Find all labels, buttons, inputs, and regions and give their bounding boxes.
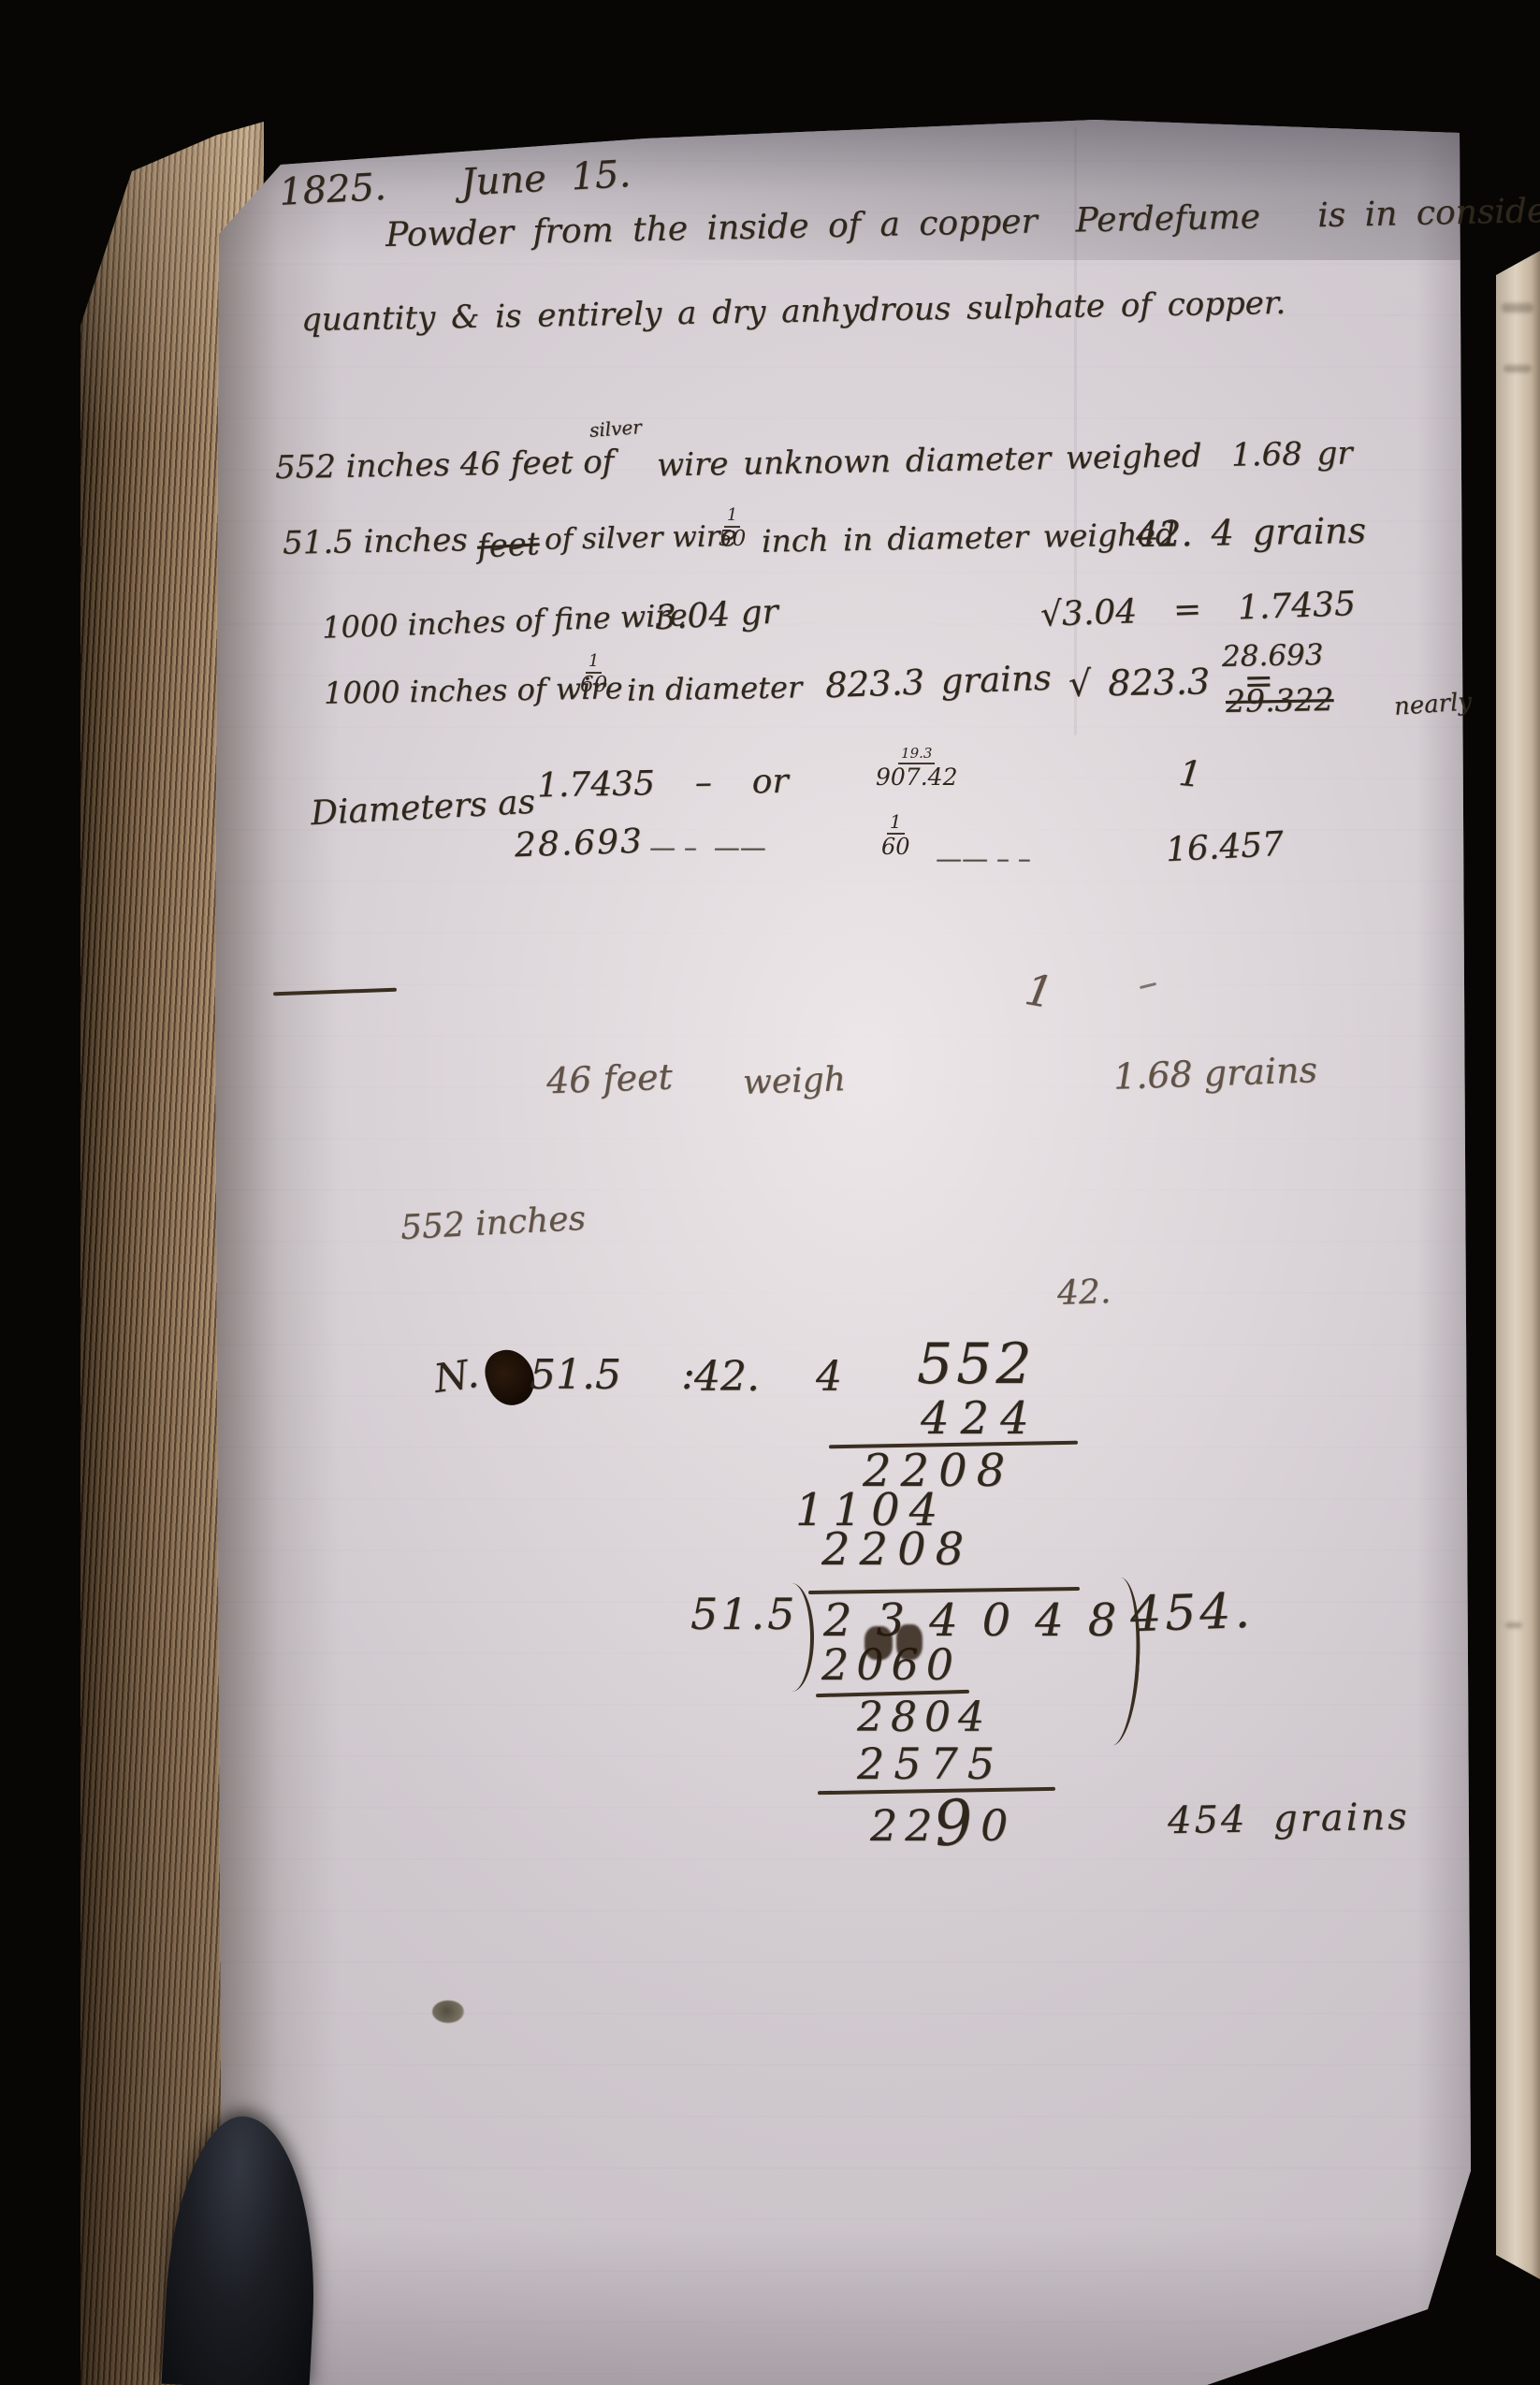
measure-c-weight: 3.04 gr <box>654 596 779 636</box>
mult-top-operand: 552 <box>917 1336 1036 1392</box>
manuscript-photo: 1825. June 15. Powder from the inside of… <box>0 0 1540 2385</box>
mult-n-label: N. <box>431 1354 481 1399</box>
mult-ratio-left: 51.5 : <box>530 1355 695 1396</box>
fraction-one-sixtieth: 1 60 <box>580 653 607 696</box>
fraction-numerator: 19.3 <box>898 747 935 764</box>
measure-d-corrected-value: 28.693 <box>1222 641 1324 672</box>
ink-scribble <box>896 1624 923 1660</box>
mid-grains: 1.68 grains <box>1112 1052 1317 1095</box>
measure-d-wire: 1000 inches of wire <box>324 673 623 708</box>
measure-d-struck-value: 29.322 <box>1226 684 1334 717</box>
mid-inches: 552 inches <box>400 1202 587 1245</box>
division-quotient: 454. <box>1129 1587 1255 1640</box>
measure-b-length: 51.5 inches <box>283 524 468 559</box>
diameters-row1-one: 1 <box>1177 755 1203 793</box>
pen-dashes: — – —— <box>649 835 766 861</box>
diameters-row2-value: 28.693 <box>514 825 644 864</box>
mid-feet: 46 feet <box>545 1059 673 1099</box>
pen-dashes: —— – – <box>936 846 1031 872</box>
measure-b-diameter: inch in diameter weighed <box>762 518 1175 557</box>
showthrough-mark <box>1505 1622 1522 1628</box>
division-remainder-nine: 9 <box>931 1791 976 1855</box>
next-page-edge <box>1496 251 1540 2279</box>
measure-b-weight: 42. 4 grains <box>1136 513 1367 552</box>
fraction-19-3-over-907-42: 19.3 907.42 <box>876 747 957 789</box>
division-remainder-left: 22 <box>870 1804 940 1847</box>
division-remainder-right: 0 <box>981 1804 1008 1847</box>
measure-d-diameter: in diameter <box>627 672 803 705</box>
mid-fortytwo: 42. <box>1056 1275 1111 1311</box>
diameters-row1-left: 1.7435 – or <box>537 765 789 804</box>
division-row-2: 2804 <box>857 1697 992 1738</box>
division-row-3: 2575 <box>857 1742 1004 1785</box>
fraction-numerator: 1 <box>586 653 602 674</box>
fraction-denominator: 907.42 <box>876 764 957 789</box>
measure-b-wire: of silver wire <box>545 522 737 555</box>
fraction-one-sixtieth: 1 60 <box>881 812 910 858</box>
measure-d-weight: 823.3 grains <box>824 661 1052 703</box>
fraction-numerator: 1 <box>724 507 740 528</box>
mult-partial-3: 2208 <box>821 1527 973 1572</box>
fraction-one-fiftieth: 1 50 <box>719 507 746 550</box>
division-result-label: 454 grains <box>1168 1798 1410 1840</box>
fraction-denominator: 60 <box>881 835 910 858</box>
measure-d-nearly: nearly <box>1393 690 1473 720</box>
measure-a-left: 552 inches 46 feet of <box>275 446 615 484</box>
fraction-denominator: 60 <box>580 674 607 696</box>
mult-ratio-right: 42. 4 <box>694 1357 842 1398</box>
showthrough-mark <box>1504 365 1532 372</box>
fraction-denominator: 50 <box>719 528 746 550</box>
showthrough-mark <box>1502 303 1533 313</box>
diameters-row2-result: 16.457 <box>1165 828 1285 868</box>
ink-smudge <box>432 2000 464 2023</box>
mid-weigh: weigh <box>742 1063 846 1100</box>
fraction-numerator: 1 <box>887 812 905 835</box>
measure-b-struck-word: feet <box>476 528 540 562</box>
mult-multiplier: 424 <box>921 1396 1040 1441</box>
measure-a-insert-silver: silver <box>588 417 642 440</box>
ink-scribble <box>864 1626 893 1660</box>
